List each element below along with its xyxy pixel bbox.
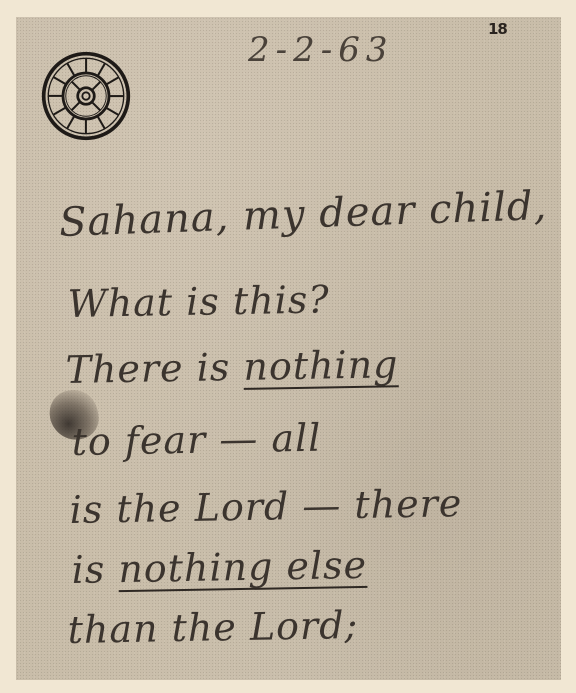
- letter-line-6: is nothing else: [71, 543, 367, 592]
- letter-line-2: What is this?: [67, 277, 330, 326]
- mother-symbol-emblem-icon: [40, 50, 132, 142]
- letter-line-3: There is nothing: [65, 342, 399, 392]
- underlined-nothing: nothing: [243, 342, 399, 389]
- letter-line-6-start: is: [71, 547, 118, 592]
- letter-date: 2-2-63: [248, 30, 394, 70]
- letter-line-5: is the Lord — there: [69, 481, 462, 532]
- letter-line-7: than the Lord;: [67, 603, 358, 652]
- page-number: 18: [488, 20, 507, 38]
- scanned-page: 18: [0, 0, 576, 693]
- underlined-nothing-else: nothing else: [118, 543, 367, 591]
- letter-line-3-start: There is: [65, 345, 244, 392]
- letter-line-4: to fear — all: [71, 416, 321, 464]
